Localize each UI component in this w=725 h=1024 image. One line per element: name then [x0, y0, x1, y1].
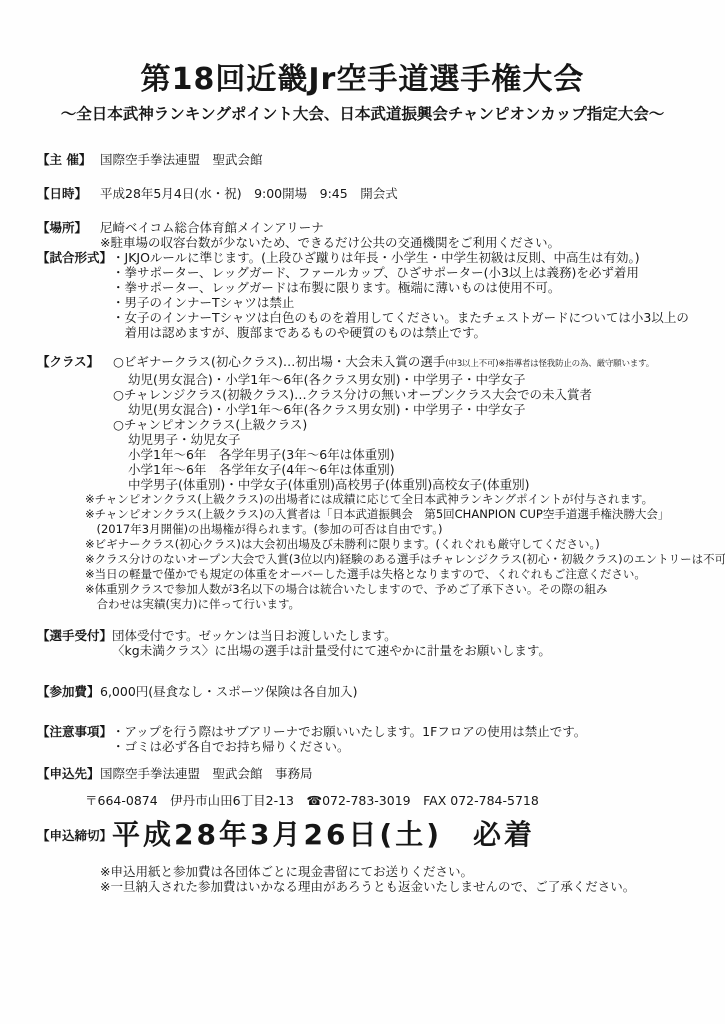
deadline-label: 【申込締切】: [37, 818, 112, 843]
venue-label: 【場所】: [37, 220, 100, 235]
host-label: 【主 催】: [37, 152, 100, 167]
apply-to-address: 〒664-0874 伊丹市山田6丁目2-13 ☎072-783-3019 FAX…: [85, 793, 725, 808]
reception-line: 〈kg未満クラス〉に出場の選手は計量受付にて速やかに計量をお願いします。: [112, 643, 725, 658]
class-item: 幼児(男女混合)・小学1年～6年(各クラス男女別)・中学男子・中学女子: [100, 372, 725, 387]
class-note: ※ビギナークラス(初心クラス)は大会初出場及び未勝利に限ります。(くれぐれも厳守…: [85, 537, 725, 552]
section-datetime: 【日時】 平成28年5月4日(水・祝) 9:00開場 9:45 開会式: [0, 186, 725, 201]
class-note: ※クラス分けのないオープン大会で入賞(3位以内)経験のある選手はチャレンジクラス…: [85, 552, 725, 567]
class-item: 小学1年～6年 各学年女子(4年～6年は体重別): [100, 462, 725, 477]
reception-line: 団体受付です。ゼッケンは当日お渡しいたします。: [112, 628, 725, 643]
section-classes: 【クラス】 ○ビギナークラス(初心クラス)…初出場・大会未入賞の選手(中3以上不…: [0, 354, 725, 612]
apply-to-label: 【申込先】: [37, 766, 100, 781]
section-fee: 【参加費】 6,000円(昼食なし・スポーツ保険は各自加入): [0, 684, 725, 699]
class-note: (2017年3月開催)の出場権が得られます。(参加の可否は自由です。): [85, 522, 725, 537]
format-rule: ・男子のインナーTシャツは禁止: [112, 295, 725, 310]
format-rule: ・女子のインナーTシャツは白色のものを着用してください。またチェストガードについ…: [112, 310, 725, 325]
class-item: ○チャレンジクラス(初級クラス)…クラス分けの無いオープンクラス大会での未入賞者: [100, 387, 725, 402]
format-label: 【試合形式】: [37, 250, 112, 265]
section-reception: 【選手受付】 団体受付です。ゼッケンは当日お渡しいたします。 〈kg未満クラス〉…: [0, 628, 725, 658]
section-venue: 【場所】 尼崎ベイコム総合体育館メインアリーナ ※駐車場の収容台数が少ないため、…: [0, 220, 725, 250]
class-item: 幼児男子・幼児女子: [100, 432, 725, 447]
datetime-value: 平成28年5月4日(水・祝) 9:00開場 9:45 開会式: [100, 186, 725, 201]
section-apply-to: 【申込先】 国際空手拳法連盟 聖武会館 事務局 〒664-0874 伊丹市山田6…: [0, 766, 725, 808]
section-host: 【主 催】 国際空手拳法連盟 聖武会館: [0, 152, 725, 167]
class-item: ○ビギナークラス(初心クラス)…初出場・大会未入賞の選手(中3以上不可)※指導者…: [100, 354, 725, 372]
scanned-document-page: 第18回近畿Jr空手道選手権大会 ～全日本武神ランキングポイント大会、日本武道振…: [0, 0, 725, 1024]
caution-line: ・ゴミは必ず各自でお持ち帰りください。: [112, 739, 725, 754]
cautions-label: 【注意事項】: [37, 724, 112, 739]
reception-label: 【選手受付】: [37, 628, 112, 643]
section-cautions: 【注意事項】 ・アップを行う際はサブアリーナでお願いいたします。1Fフロアの使用…: [0, 724, 725, 754]
format-rule: ・拳サポーター、レッグガードは布製に限ります。極端に薄いものは使用不可。: [112, 280, 725, 295]
venue-note: ※駐車場の収容台数が少ないため、できるだけ公共の交通機関をご利用ください。: [100, 235, 725, 250]
footer-note: ※一旦納入された参加費はいかなる理由があろうとも返金いたしませんので、ご了承くだ…: [100, 879, 725, 894]
deadline-value: 平成28年3月26日(土) 必着: [112, 818, 725, 852]
class-item: 中学男子(体重別)・中学女子(体重別)高校男子(体重別)高校女子(体重別): [100, 477, 725, 492]
venue-name: 尼崎ベイコム総合体育館メインアリーナ: [100, 220, 725, 235]
apply-to-org: 国際空手拳法連盟 聖武会館 事務局: [100, 766, 725, 781]
class-note: ※チャンピオンクラス(上級クラス)の入賞者は「日本武道振興会 第5回CHANPI…: [85, 507, 725, 522]
class-item-text: ○ビギナークラス(初心クラス)…初出場・大会未入賞の選手: [113, 354, 445, 369]
page-title: 第18回近畿Jr空手道選手権大会: [0, 62, 725, 98]
fee-value: 6,000円(昼食なし・スポーツ保険は各自加入): [100, 684, 725, 699]
caution-line: ・アップを行う際はサブアリーナでお願いいたします。1Fフロアの使用は禁止です。: [112, 724, 725, 739]
footer-note: ※申込用紙と参加費は各団体ごとに現金書留にてお送りください。: [100, 864, 725, 879]
class-note: ※当日の軽量で僅かでも規定の体重をオーバーした選手は失格となりますので、くれぐれ…: [85, 567, 725, 582]
format-rule: ・JKJOルールに準じます。(上段ひざ蹴りは年長・小学生・中学生初級は反則、中高…: [112, 250, 725, 265]
host-value: 国際空手拳法連盟 聖武会館: [100, 152, 725, 167]
datetime-label: 【日時】: [37, 186, 100, 201]
class-item: 幼児(男女混合)・小学1年～6年(各クラス男女別)・中学男子・中学女子: [100, 402, 725, 417]
page-subtitle: ～全日本武神ランキングポイント大会、日本武道振興会チャンピオンカップ指定大会～: [0, 104, 725, 124]
format-rule: 着用は認めますが、腹部まであるものや硬質のものは禁止です。: [112, 325, 725, 340]
footer-notes: ※申込用紙と参加費は各団体ごとに現金書留にてお送りください。 ※一旦納入された参…: [0, 864, 725, 894]
section-format: 【試合形式】 ・JKJOルールに準じます。(上段ひざ蹴りは年長・小学生・中学生初…: [0, 250, 725, 340]
fee-label: 【参加費】: [37, 684, 100, 699]
class-note: ※体重別クラスで参加人数が3名以下の場合は統合いたしますので、予めご了承下さい。…: [85, 582, 725, 597]
class-note: 合わせは実績(実力)に伴って行います。: [85, 597, 725, 612]
classes-label: 【クラス】: [37, 354, 100, 369]
class-note: ※チャンピオンクラス(上級クラス)の出場者には成績に応じて全日本武神ランキングポ…: [85, 492, 725, 507]
section-deadline: 【申込締切】 平成28年3月26日(土) 必着: [0, 818, 725, 852]
class-item: 小学1年～6年 各学年男子(3年～6年は体重別): [100, 447, 725, 462]
class-item: ○チャンピオンクラス(上級クラス): [100, 417, 725, 432]
fine-print-note: (中3以上不可)※指導者は怪我防止の為、厳守願います。: [445, 359, 654, 369]
format-rule: ・拳サポーター、レッグガード、ファールカップ、ひざサポーター(小3以上は義務)を…: [112, 265, 725, 280]
